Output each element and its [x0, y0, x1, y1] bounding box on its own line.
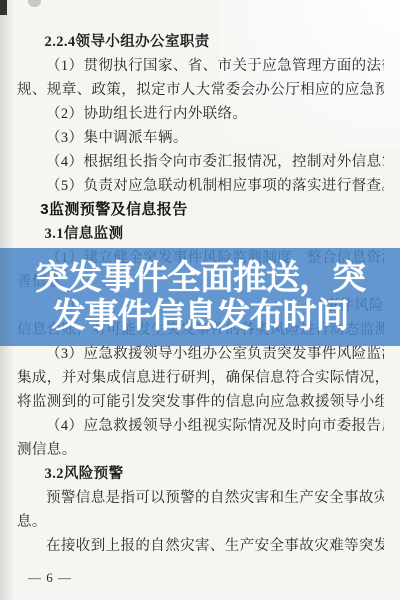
overlay-title-line-2: 发事件信息发布时间 — [0, 297, 400, 335]
section-heading-2-2-4: 2.2.4领导小组办公室职责 — [17, 30, 384, 54]
page-number: — 6 — — [17, 566, 384, 590]
section-heading-3-2: 3.2风险预警 — [17, 462, 384, 486]
doc-line: 规、规章、政策，拟定市人大常委会办公厅相应的应急预案。 — [17, 78, 384, 102]
doc-line: 在接收到上报的自然灾害、生产安全事故灾难等突发事件相 — [17, 534, 384, 558]
section-heading-3-1: 3.1信息监测 — [17, 222, 384, 246]
doc-line: （4）应急救援领导小组视实际情况及时向市委报告风险监 — [17, 414, 384, 438]
scan-artifact-corner-mark — [0, 0, 7, 15]
doc-line: 将监测到的可能引发突发事件的信息向应急救援领导小组报告。 — [17, 390, 384, 414]
overlay-title-line-1: 突发事件全面推送，突 — [0, 259, 400, 297]
scanned-document-page: 2.2.4领导小组办公室职责 （1）贯彻执行国家、省、市关于应急管理方面的法律、… — [0, 0, 400, 600]
doc-line: 息。 — [17, 510, 384, 534]
doc-line: （2）协助组长进行内外联络。 — [17, 102, 384, 126]
doc-line: 测信息。 — [17, 438, 384, 462]
doc-line: 集成，并对集成信息进行研判，确保信息符合实际情况，并及时 — [17, 366, 384, 390]
doc-line: （1）贯彻执行国家、省、市关于应急管理方面的法律、法 — [17, 54, 384, 78]
doc-line: （3）集中调派车辆。 — [17, 126, 384, 150]
section-heading-3: 3监测预警及信息报告 — [17, 198, 384, 222]
overlay-banner-title: 突发事件全面推送，突 发事件信息发布时间 — [0, 259, 400, 335]
doc-line: （4）根据组长指令向市委汇报情况，控制对外信息发布口径。 — [17, 150, 384, 174]
doc-line: 预警信息是指可以预警的自然灾害和生产安全事故灾难信 — [17, 486, 384, 510]
doc-line: （5）负责对应急联动机制相应事项的落实进行督查。 — [17, 174, 384, 198]
